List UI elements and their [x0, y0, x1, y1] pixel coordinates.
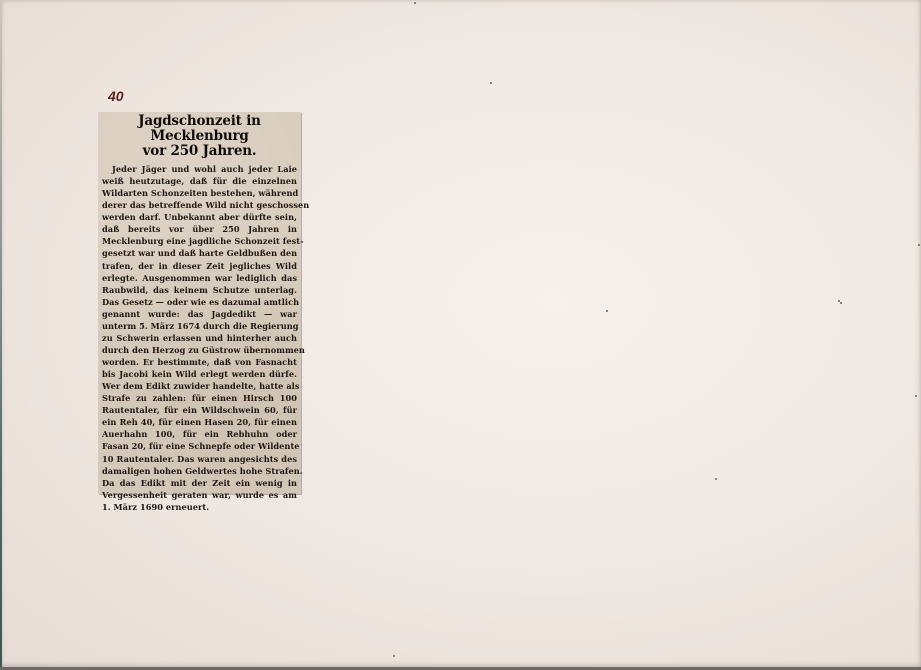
article-line: daß bereits vor über 250 Jahren in [102, 223, 297, 235]
article-line: ein Reh 40, für einen Hasen 20, für eine… [102, 416, 297, 428]
article-line: worden. Er bestimmte, daß von Fasnacht [102, 356, 297, 368]
newspaper-clipping: Jagdschonzeit in Mecklenburg vor 250 Jah… [98, 112, 301, 494]
headline-line-2: vor 250 Jahren. [102, 144, 297, 159]
article-line: trafen, der in dieser Zeit jegliches Wil… [102, 260, 297, 272]
article-line: 10 Rautentaler. Das waren angesichts des [102, 453, 297, 465]
page-left-edge [0, 0, 2, 670]
headline-line-1: Jagdschonzeit in Mecklenburg [102, 114, 297, 144]
article-line: Fasan 20, für eine Schnepfe oder Wildent… [102, 440, 297, 452]
article-line: bis Jacobi kein Wild erlegt werden dürfe… [102, 368, 297, 380]
paper-speck [393, 655, 395, 657]
article-line: Rautentaler, für ein Wildschwein 60, für [102, 404, 297, 416]
paper-speck [490, 82, 492, 84]
article-body: Jeder Jäger und wohl auch jeder Laie wei… [102, 163, 297, 513]
article-line: Auerhahn 100, für ein Rebhuhn oder [102, 428, 297, 440]
paper-speck [414, 2, 416, 4]
article-line: Wildarten Schonzeiten bestehen, während [102, 187, 297, 199]
paper-speck [606, 310, 608, 312]
article-line: Wer dem Edikt zuwider handelte, hatte al… [102, 380, 297, 392]
article-line: erlegte. Ausgenommen war lediglich das [102, 272, 297, 284]
article-line: zu Schwerin erlassen und hinterher auch [102, 332, 297, 344]
article-line: unterm 5. März 1674 durch die Regierung [102, 320, 297, 332]
article-line: Vergessenheit geraten war, wurde es am [102, 489, 297, 501]
article-line: derer das betreffende Wild nicht geschos… [102, 199, 297, 211]
article-line: Strafe zu zahlen: für einen Hirsch 100 [102, 392, 297, 404]
article-line: gesetzt war und daß harte Geldbußen den [102, 247, 297, 259]
article-line: Raubwild, das keinem Schutze unterlag. [102, 284, 297, 296]
page-number: 40 [108, 88, 124, 104]
article-line: 1. März 1690 erneuert. [102, 501, 297, 513]
article-headline: Jagdschonzeit in Mecklenburg vor 250 Jah… [102, 114, 297, 159]
paper-speck [918, 244, 920, 246]
article-line: Das Gesetz — oder wie es dazumal amtlich [102, 296, 297, 308]
article-line: werden darf. Unbekannt aber dürfte sein, [102, 211, 297, 223]
article-line: durch den Herzog zu Güstrow übernommen [102, 344, 297, 356]
article-line: Mecklenburg eine jagdliche Schonzeit fes… [102, 235, 297, 247]
article-line: Jeder Jäger und wohl auch jeder Laie [102, 163, 297, 175]
article-line: Da das Edikt mit der Zeit ein wenig in [102, 477, 297, 489]
paper-speck [840, 302, 842, 304]
article-line: genannt wurde: das Jagdedikt — war [102, 308, 297, 320]
paper-speck [715, 478, 717, 480]
paper-speck [915, 395, 917, 397]
article-line: weiß heutzutage, daß für die einzelnen [102, 175, 297, 187]
article-line: damaligen hohen Geldwertes hohe Strafen. [102, 465, 297, 477]
album-page: 40 Jagdschonzeit in Mecklenburg vor 250 … [0, 0, 921, 670]
